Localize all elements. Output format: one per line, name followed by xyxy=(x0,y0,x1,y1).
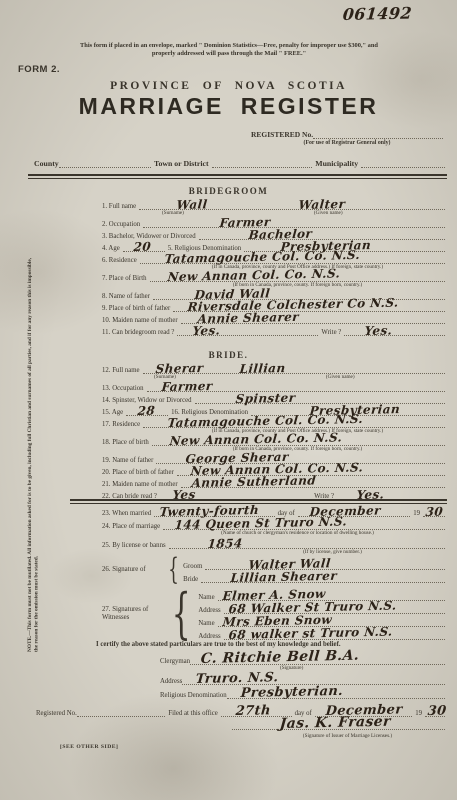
bridegroom-section: BRIDEGROOM 1. Full name Wall Walter (Sur… xyxy=(0,186,457,336)
bride-birthplace-row: 18. Place of birth New Annan Col. Co. N.… xyxy=(102,434,445,446)
bride-birthplace-value: New Annan Col. Co. N.S. xyxy=(169,430,343,448)
groom-write-value: Yes. xyxy=(364,323,393,338)
registered-no-label: REGISTERED No. xyxy=(251,130,313,139)
handwritten-serial-number: 061492 xyxy=(342,4,413,24)
groom-given-name-value: Walter xyxy=(298,197,346,212)
signatures-block: 26. Signature of { Groom Walter Wall Bri… xyxy=(102,555,445,585)
bride-signature-row: Bride Lillian Shearer xyxy=(183,570,445,583)
bride-birthplace-line: New Annan Col. Co. N.S. xyxy=(152,433,445,446)
municipality-line xyxy=(361,154,445,168)
bride-given-name-value: Lillian xyxy=(239,361,286,376)
groom-residence-line: Tatamagouche Col. Co. N.S. xyxy=(140,251,445,264)
registered-label: Registered No. xyxy=(36,710,77,717)
clergyman-address-row: Address Truro. N.S. xyxy=(160,671,445,685)
bride-father-birthplace-label: 20. Place of birth of father xyxy=(102,469,177,476)
envelope-instruction-line1: This form if placed in an envelope, mark… xyxy=(64,42,394,50)
groom-residence-label: 6. Residence xyxy=(102,257,140,264)
groom-surname-value: Wall xyxy=(176,197,208,212)
clergyman-religion-label: Religious Denomination xyxy=(160,692,227,699)
clergyman-label: Clergyman xyxy=(160,658,190,665)
clergyman-religion-line: Presbyterian. xyxy=(227,684,445,699)
groom-signature-line: Walter Wall xyxy=(205,556,445,570)
bride-residence-label: 17. Residence xyxy=(102,421,143,428)
registered-line xyxy=(77,702,166,717)
groom-residence-value: Tatamagouche Col. Co. N.S. xyxy=(164,248,361,266)
groom-mother-label: 10. Maiden name of mother xyxy=(102,317,181,324)
groom-occupation-label: 2. Occupation xyxy=(102,221,143,228)
bride-full-name-line: Sherar Lillian xyxy=(143,361,445,374)
page-title: MARRIAGE REGISTER xyxy=(0,93,457,120)
see-other-side-note: [SEE OTHER SIDE] xyxy=(60,744,118,750)
clergyman-address-line: Truro. N.S. xyxy=(182,670,445,685)
bride-signature-line: Lillian Shearer xyxy=(201,569,445,583)
groom-literacy-row: 11. Can bridegroom read ? Yes. Write ? Y… xyxy=(102,324,445,336)
groom-write-label: Write ? xyxy=(318,329,344,336)
witness2-address-row: Address 68 walker st Truro N.S. xyxy=(198,627,445,640)
registrar-general-note: (For use of Registrar General only) xyxy=(251,140,443,146)
bride-occupation-label: 13. Occupation xyxy=(102,385,147,392)
groom-age-label: 4. Age xyxy=(102,245,123,252)
when-married-year-line: 30 xyxy=(423,502,445,517)
bride-age-label: 15. Age xyxy=(102,409,126,416)
issuer-signature-row: Jas. K. Fraser xyxy=(232,716,445,731)
when-married-day-line: Twenty-fourth xyxy=(154,502,274,517)
envelope-instruction: This form if placed in an envelope, mark… xyxy=(64,42,394,57)
license-line: 1854 xyxy=(169,535,445,549)
when-married-row: 23. When married Twenty-fourth day of De… xyxy=(102,503,445,517)
bride-residence-value: Tatamagouche Col. Co. N.S. xyxy=(167,412,364,430)
groom-residence-row: 6. Residence Tatamagouche Col. Co. N.S. xyxy=(102,252,445,264)
groom-full-name-label: 1. Full name xyxy=(102,203,139,210)
groom-read-label: 11. Can bridegroom read ? xyxy=(102,329,177,336)
clergyman-signature-line: C. Ritchie Bell B.A. xyxy=(190,650,445,665)
witness2-address-label: Address xyxy=(198,633,223,640)
license-row: 25. By license or banns 1854 xyxy=(102,536,445,549)
municipality-label: Municipality xyxy=(312,159,361,168)
clergyman-address-label: Address xyxy=(160,678,182,685)
bride-residence-line: Tatamagouche Col. Co. N.S. xyxy=(143,415,445,428)
groom-write-line: Yes. xyxy=(344,323,445,336)
brace-glyph: { xyxy=(172,587,191,641)
marriage-register-document: 061492 This form if placed in an envelop… xyxy=(0,0,457,800)
town-district-label: Town or District xyxy=(151,159,212,168)
registered-no-block: REGISTERED No. (For use of Registrar Gen… xyxy=(251,128,443,146)
county-label: County xyxy=(34,159,59,168)
town-district-line xyxy=(212,154,313,168)
brace-glyph: { xyxy=(168,555,179,585)
groom-birthplace-value: New Annan Col. Co. N.S. xyxy=(167,266,341,284)
witness2-address-value: 68 walker st Truro N.S. xyxy=(228,625,393,642)
filed-label: Filed at this office xyxy=(165,710,221,717)
clergyman-religion-row: Religious Denomination Presbyterian. xyxy=(160,685,445,699)
bride-father-label: 19. Name of father xyxy=(102,457,156,464)
bride-surname-value: Sherar xyxy=(155,361,204,376)
groom-read-line: Yes. xyxy=(177,323,318,336)
clergyman-religion-value: Presbyterian. xyxy=(240,684,344,701)
county-row: County Town or District Municipality xyxy=(34,155,445,168)
witness1-address-line: 68 Walker St Truro N.S. xyxy=(224,600,445,614)
groom-full-name-row: 1. Full name Wall Walter xyxy=(102,198,445,210)
bride-residence-row: 17. Residence Tatamagouche Col. Co. N.S. xyxy=(102,416,445,428)
witnesses-label: 27. Signatures of Witnesses xyxy=(102,606,164,622)
place-of-marriage-line: 144 Queen St Truro N.S. xyxy=(163,516,445,530)
certification-section: I certify the above stated particulars a… xyxy=(0,641,457,699)
witness2-name-label: Name xyxy=(198,620,217,627)
bride-full-name-row: 12. Full name Sherar Lillian xyxy=(102,362,445,374)
form-number-label: FORM 2. xyxy=(18,64,60,75)
issuer-signature-caption: (Signature of Issuer of Marriage License… xyxy=(250,733,445,739)
groom-full-name-line: Wall Walter xyxy=(139,197,445,210)
bride-full-name-label: 12. Full name xyxy=(102,367,143,374)
witness2-address-line: 68 walker st Truro N.S. xyxy=(224,626,445,640)
county-line xyxy=(59,154,151,168)
section-divider xyxy=(28,174,447,179)
clergyman-signature-value: C. Ritchie Bell B.A. xyxy=(200,648,360,667)
groom-birthplace-label: 7. Place of Birth xyxy=(102,275,150,282)
issuer-signature-line: Jas. K. Fraser xyxy=(232,715,445,730)
registered-no-line xyxy=(313,127,443,139)
place-of-marriage-label: 24. Place of marriage xyxy=(102,523,163,530)
groom-father-label: 8. Name of father xyxy=(102,293,153,300)
bride-section: BRIDE. 12. Full name Sherar Lillian (Sur… xyxy=(0,350,457,500)
license-label: 25. By license or banns xyxy=(102,542,169,549)
bride-birthplace-label: 18. Place of birth xyxy=(102,439,152,446)
witnesses-block: 27. Signatures of Witnesses { Name Elmer… xyxy=(102,587,445,641)
place-of-marriage-row: 24. Place of marriage 144 Queen St Truro… xyxy=(102,517,445,530)
license-value: 1854 xyxy=(207,536,243,551)
issuer-signature-value: Jas. K. Fraser xyxy=(279,714,391,732)
witness1-name-label: Name xyxy=(198,594,217,601)
groom-birthplace-line: New Annan Col. Co. N.S. xyxy=(150,269,445,282)
signature-of-label: 26. Signature of xyxy=(102,566,164,574)
clergyman-row: Clergyman C. Ritchie Bell B.A. xyxy=(160,651,445,665)
groom-birthplace-row: 7. Place of Birth New Annan Col. Co. N.S… xyxy=(102,270,445,282)
province-heading: PROVINCE OF NOVA SCOTIA xyxy=(0,80,457,92)
place-of-marriage-value: 144 Queen St Truro N.S. xyxy=(174,514,348,532)
groom-read-value: Yes. xyxy=(192,323,221,338)
bride-signature-value: Lillian Shearer xyxy=(230,569,338,585)
groom-father-birthplace-label: 9. Place of birth of father xyxy=(102,305,173,312)
envelope-instruction-line2: properly addressed will pass through the… xyxy=(64,50,394,58)
when-married-label: 23. When married xyxy=(102,510,154,517)
marriage-section: 23. When married Twenty-fourth day of De… xyxy=(0,503,457,641)
